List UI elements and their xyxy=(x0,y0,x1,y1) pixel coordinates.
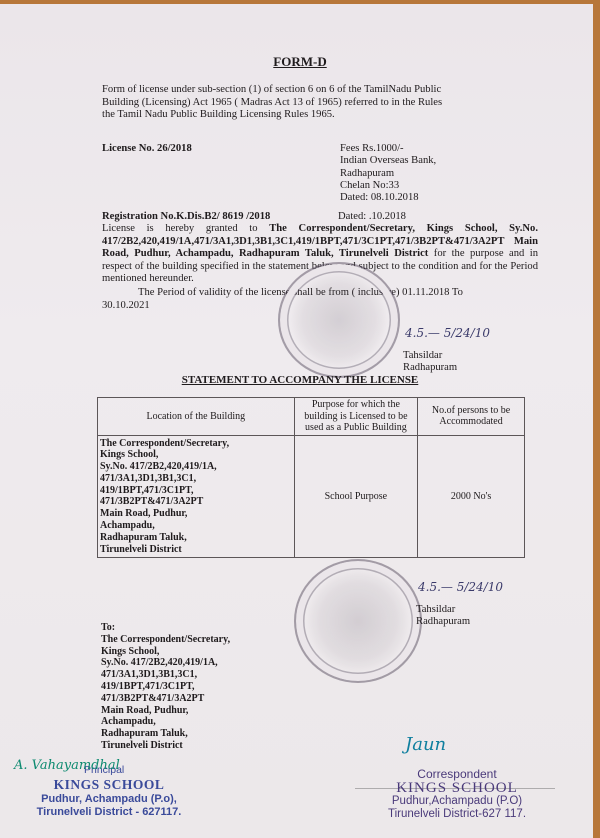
location-line: 419/1BPT,471/3C1PT, xyxy=(100,485,292,497)
intro-line: Building (Licensing) Act 1965 ( Madras A… xyxy=(102,97,538,110)
location-line: 471/3B2PT&471/3A2PT xyxy=(100,496,292,508)
header-location: Location of the Building xyxy=(98,398,295,436)
correspondent-school-name: KINGS SCHOOL xyxy=(364,781,550,795)
principal-signature: A. Vahayamdhal xyxy=(14,758,120,773)
document-page: FORM-D Form of license under sub-section… xyxy=(0,4,593,838)
intro-line: Form of license under sub-section (1) of… xyxy=(102,84,538,97)
table-header-row: Location of the Building Purpose for whi… xyxy=(98,398,525,436)
official-seal-stamp xyxy=(278,262,400,378)
principal-address-line: Pudhur, Achampadu (P.o), xyxy=(14,793,204,806)
signatory-title: Tahsildar xyxy=(416,604,470,616)
form-intro: Form of license under sub-section (1) of… xyxy=(102,84,538,122)
statement-table: Location of the Building Purpose for whi… xyxy=(97,397,525,558)
cell-location: The Correspondent/Secretary, Kings Schoo… xyxy=(98,435,295,558)
addressee-line: The Correspondent/Secretary, xyxy=(101,634,230,646)
registration-number: Registration No.K.Dis.B2/ 8619 /2018 xyxy=(102,211,270,222)
tahsildar-signature: 4.5.— 5/24/10 xyxy=(405,326,490,340)
fees-block: Fees Rs.1000/- Indian Overseas Bank, Rad… xyxy=(340,143,436,204)
header-purpose: Purpose for which the building is Licens… xyxy=(294,398,418,436)
fees-branch: Radhapuram xyxy=(340,168,436,180)
correspondent-address-line: Pudhur,Achampadu (P.O) xyxy=(364,795,550,808)
header-persons: No.of persons to be Accommodated xyxy=(418,398,525,436)
correspondent-seal: Correspondent KINGS SCHOOL Pudhur,Achamp… xyxy=(364,767,550,820)
principal-seal: A. Vahayamdhal Principal KINGS SCHOOL Pu… xyxy=(14,764,204,819)
tahsildar-signature: 4.5.— 5/24/10 xyxy=(418,580,503,594)
addressee-block: To: The Correspondent/Secretary, Kings S… xyxy=(101,622,230,752)
cell-persons: 2000 No's xyxy=(418,435,525,558)
addressee-line: 471/3A1,3D1,3B1,3C1, xyxy=(101,669,230,681)
signatory-top: Tahsildar Radhapuram xyxy=(403,350,457,375)
principal-address-line: Tirunelveli District - 627117. xyxy=(14,806,204,819)
signatory-title: Tahsildar xyxy=(403,350,457,362)
addressee-line: Sy.No. 417/2B2,420,419/1A, xyxy=(101,657,230,669)
signatory-place: Radhapuram xyxy=(403,362,457,374)
location-line: Achampadu, xyxy=(100,520,292,532)
addressee-line: Achampadu, xyxy=(101,716,230,728)
location-line: Sy.No. 417/2B2,420,419/1A, xyxy=(100,461,292,473)
addressee-line: Radhapuram Taluk, xyxy=(101,728,230,740)
to-label: To: xyxy=(101,622,230,634)
intro-line: the Tamil Nadu Public Building Licensing… xyxy=(102,109,538,122)
correspondent-address-line: Tirunelveli District-627 117. xyxy=(364,808,550,821)
signatory-bottom: Tahsildar Radhapuram xyxy=(416,604,470,629)
form-title: FORM-D xyxy=(0,54,600,70)
fees-amount: Fees Rs.1000/- xyxy=(340,143,436,155)
addressee-line: Main Road, Pudhur, xyxy=(101,705,230,717)
correspondent-signature: Jaun xyxy=(405,734,446,755)
location-line: The Correspondent/Secretary, xyxy=(100,438,292,450)
table-row: The Correspondent/Secretary, Kings Schoo… xyxy=(98,435,525,558)
addressee-line: Kings School, xyxy=(101,646,230,658)
fees-dated: Dated: 08.10.2018 xyxy=(340,192,436,204)
location-line: Radhapuram Taluk, xyxy=(100,532,292,544)
principal-school-name: KINGS SCHOOL xyxy=(14,777,204,793)
statement-title: STATEMENT TO ACCOMPANY THE LICENSE xyxy=(0,374,600,386)
license-number: License No. 26/2018 xyxy=(102,143,192,154)
registration-date: Dated: .10.2018 xyxy=(338,211,406,222)
fees-chelan: Chelan No:33 xyxy=(340,180,436,192)
signatory-place: Radhapuram xyxy=(416,616,470,628)
addressee-line: 419/1BPT,471/3C1PT, xyxy=(101,681,230,693)
location-line: Kings School, xyxy=(100,449,292,461)
location-line: Tirunelveli District xyxy=(100,544,292,556)
grant-prefix: License is hereby granted to xyxy=(102,223,269,234)
fees-bank: Indian Overseas Bank, xyxy=(340,155,436,167)
addressee-line: 471/3B2PT&471/3A2PT xyxy=(101,693,230,705)
location-line: 471/3A1,3D1,3B1,3C1, xyxy=(100,473,292,485)
cell-purpose: School Purpose xyxy=(294,435,418,558)
location-line: Main Road, Pudhur, xyxy=(100,508,292,520)
correspondent-role: Correspondent xyxy=(364,767,550,781)
official-seal-stamp xyxy=(294,559,422,683)
addressee-line: Tirunelveli District xyxy=(101,740,230,752)
